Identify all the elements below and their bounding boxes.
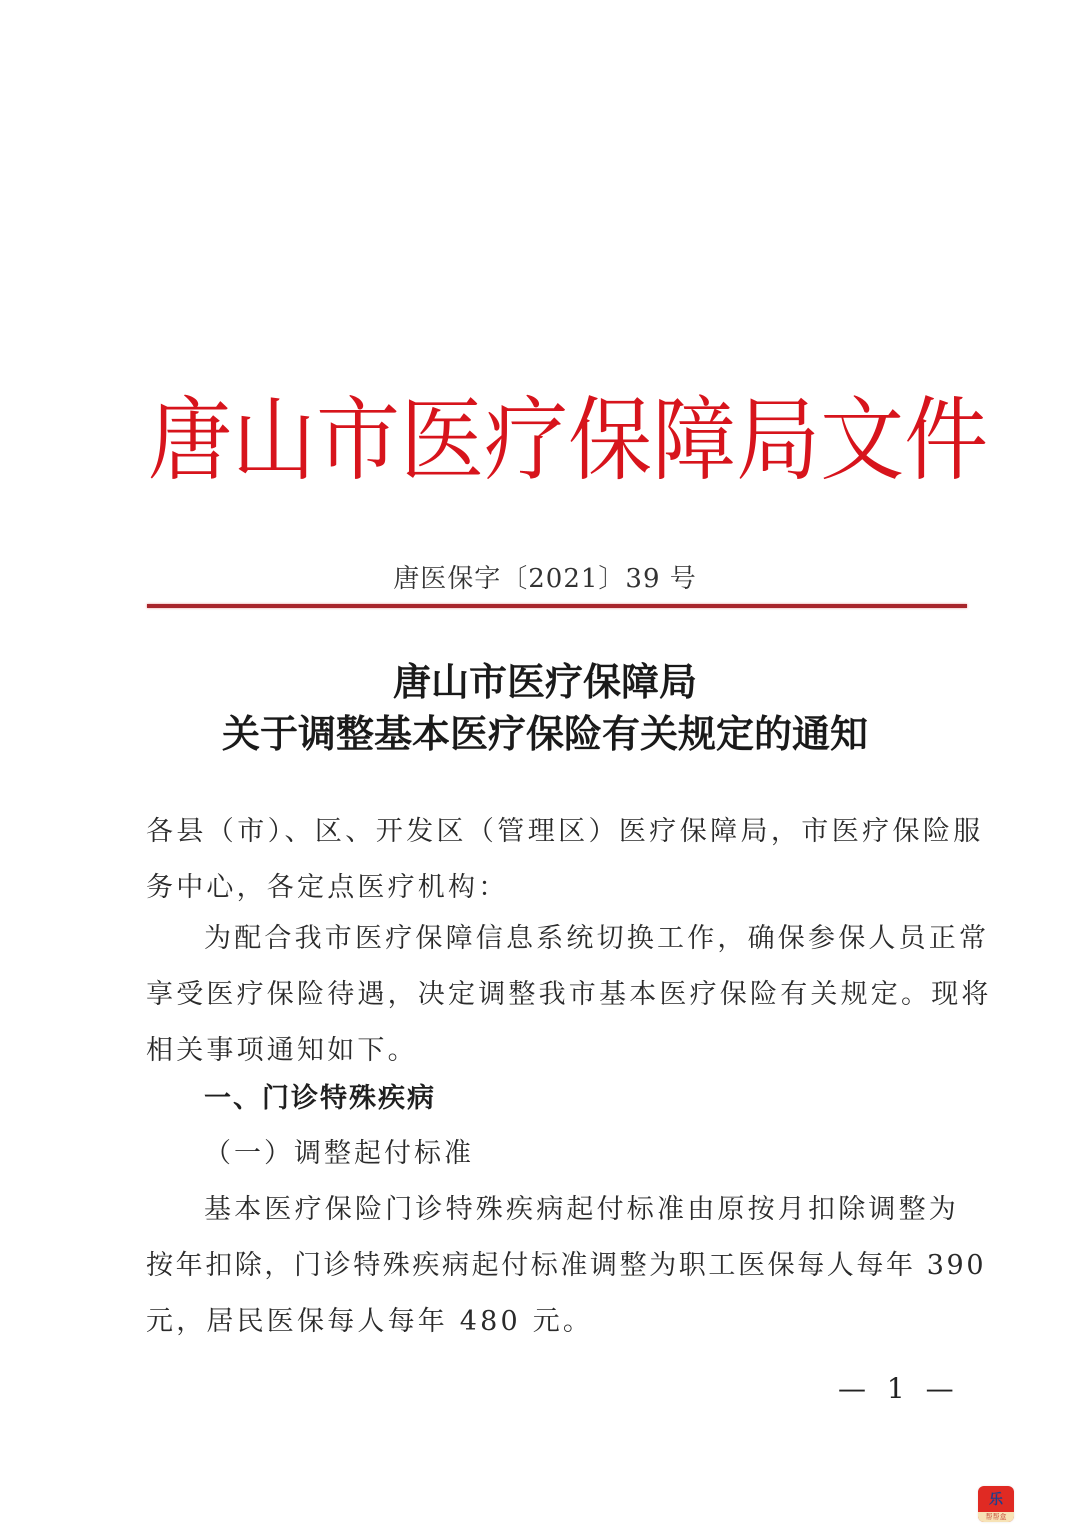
salutation-line-2: 务中心，各定点医疗机构：	[146, 860, 946, 916]
page-number: — 1 —	[838, 1372, 960, 1405]
app-logo-icon: 乐 帮帮盒	[978, 1486, 1014, 1522]
masthead-char: 局	[736, 395, 820, 486]
masthead-char: 市	[316, 395, 400, 486]
masthead-char: 疗	[484, 395, 568, 486]
masthead-char: 保	[568, 395, 652, 486]
salutation: 各县（市）、区、开发区（管理区）医疗保障局，市医疗保险服 务中心，各定点医疗机构…	[146, 804, 946, 916]
masthead-char: 医	[400, 395, 484, 486]
paragraph-line-2: 按年扣除，门诊特殊疾病起付标准调整为职工医保每人每年 390	[146, 1238, 946, 1294]
masthead-char: 唐	[148, 395, 232, 486]
intro-line-2: 享受医疗保险待遇，决定调整我市基本医疗保险有关规定。现将	[146, 967, 946, 1023]
intro-line-3: 相关事项通知如下。	[146, 1023, 946, 1079]
masthead-char: 文	[820, 395, 904, 486]
document-masthead: 唐 山 市 医 疗 保 障 局 文 件	[148, 381, 948, 500]
logo-glyph: 乐	[978, 1489, 1014, 1509]
salutation-line-1: 各县（市）、区、开发区（管理区）医疗保障局，市医疗保险服	[146, 804, 946, 860]
title-line-2: 关于调整基本医疗保险有关规定的通知	[0, 708, 1080, 760]
masthead-char: 件	[904, 395, 988, 486]
section-1-heading: 一、门诊特殊疾病	[204, 1076, 436, 1115]
logo-band-text: 帮帮盒	[978, 1512, 1014, 1522]
red-divider-rule	[147, 604, 967, 608]
masthead-char: 山	[232, 395, 316, 486]
document-number: 唐医保字〔2021〕39 号	[0, 558, 1080, 595]
document-title: 唐山市医疗保障局 关于调整基本医疗保险有关规定的通知	[0, 656, 1080, 760]
paragraph-line-3: 元，居民医保每人每年 480 元。	[146, 1294, 946, 1350]
paragraph-line-1: 基本医疗保险门诊特殊疾病起付标准由原按月扣除调整为	[146, 1182, 946, 1238]
intro-line-1: 为配合我市医疗保障信息系统切换工作，确保参保人员正常	[146, 911, 946, 967]
title-line-1: 唐山市医疗保障局	[0, 656, 1080, 708]
subsection-1-heading: （一）调整起付标准	[204, 1131, 474, 1170]
intro-paragraph: 为配合我市医疗保障信息系统切换工作，确保参保人员正常 享受医疗保险待遇，决定调整…	[146, 911, 946, 1079]
document-page: 唐 山 市 医 疗 保 障 局 文 件 唐医保字〔2021〕39 号 唐山市医疗…	[0, 0, 1080, 1527]
subsection-1-paragraph: 基本医疗保险门诊特殊疾病起付标准由原按月扣除调整为 按年扣除，门诊特殊疾病起付标…	[146, 1182, 946, 1350]
masthead-char: 障	[652, 395, 736, 486]
